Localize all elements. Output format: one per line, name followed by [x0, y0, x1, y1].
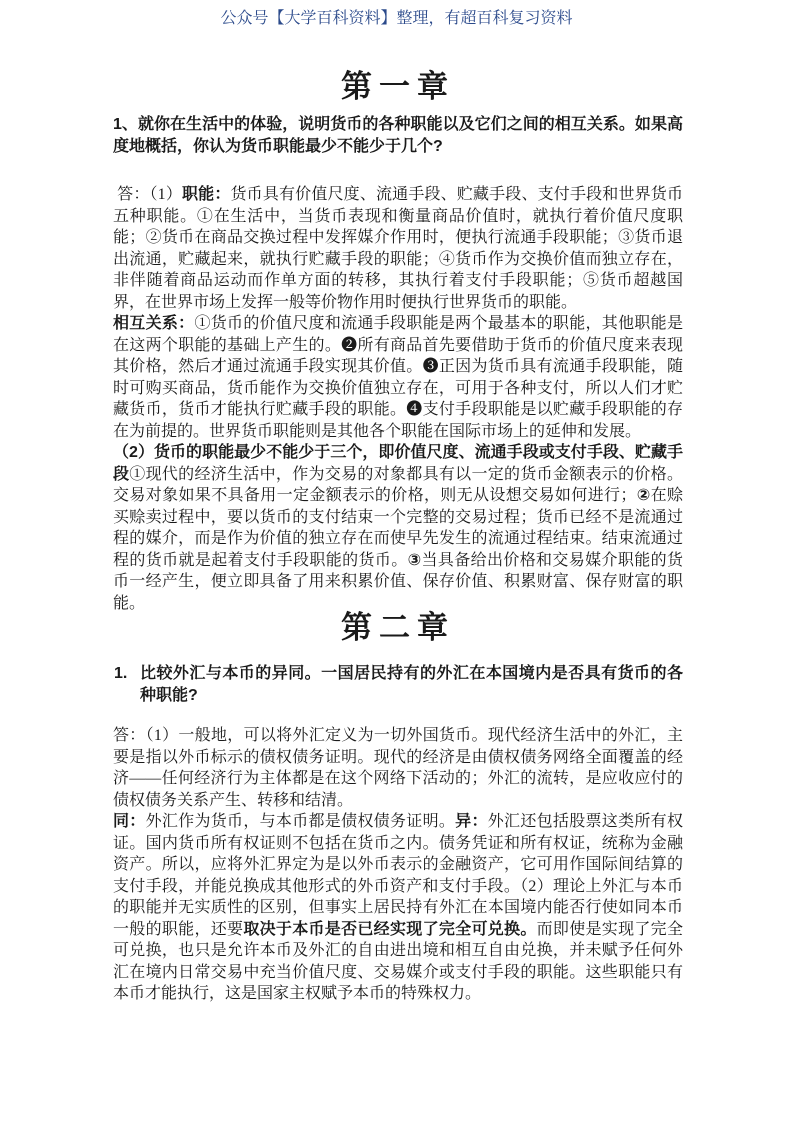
- page-content: 第一章 1、就你在生活中的体验，说明货币的各种职能以及它们之间的相互关系。如果高…: [113, 69, 683, 1005]
- question-number: 1.: [114, 663, 127, 685]
- chapter-1-title: 第一章: [113, 69, 683, 105]
- answer-paragraph: 答：（1）职能：货币具有价值尺度、流通手段、贮藏手段、支付手段和世界货币五种职能…: [113, 184, 683, 313]
- answer-paragraph: 答：（1）一般地，可以将外汇定义为一切外国货币。现代经济生活中的外汇，主要是指以…: [113, 725, 683, 811]
- answer-paragraph: （2）货币的职能最少不能少于三个，即价值尺度、流通手段或支付手段、贮藏手段①现代…: [113, 442, 683, 614]
- answer-paragraph: 相互关系：①货币的价值尺度和流通手段职能是两个最基本的职能，其他职能是在这两个职…: [113, 313, 683, 442]
- chapter-2-answer: 答：（1）一般地，可以将外汇定义为一切外国货币。现代经济生活中的外汇，主要是指以…: [113, 725, 683, 1005]
- chapter-1-answer: 答：（1）职能：货币具有价值尺度、流通手段、贮藏手段、支付手段和世界货币五种职能…: [113, 184, 683, 614]
- chapter-1-question: 1、就你在生活中的体验，说明货币的各种职能以及它们之间的相互关系。如果高度地概括…: [113, 114, 683, 158]
- chapter-2-title: 第二章: [113, 610, 683, 646]
- chapter-2-question: 1. 比较外汇与本币的异同。一国居民持有的外汇在本国境内是否具有货币的各种职能?: [113, 663, 683, 707]
- question-text: 比较外汇与本币的异同。一国居民持有的外汇在本国境内是否具有货币的各种职能?: [140, 665, 683, 704]
- answer-paragraph: 同：外汇作为货币，与本币都是债权债务证明。异：外汇还包括股票这类所有权证。国内货…: [113, 811, 683, 1005]
- document-page: 公众号【大学百科资料】整理，有超百科复习资料 第一章 1、就你在生活中的体验，说…: [0, 0, 793, 1122]
- page-header: 公众号【大学百科资料】整理，有超百科复习资料: [0, 0, 793, 29]
